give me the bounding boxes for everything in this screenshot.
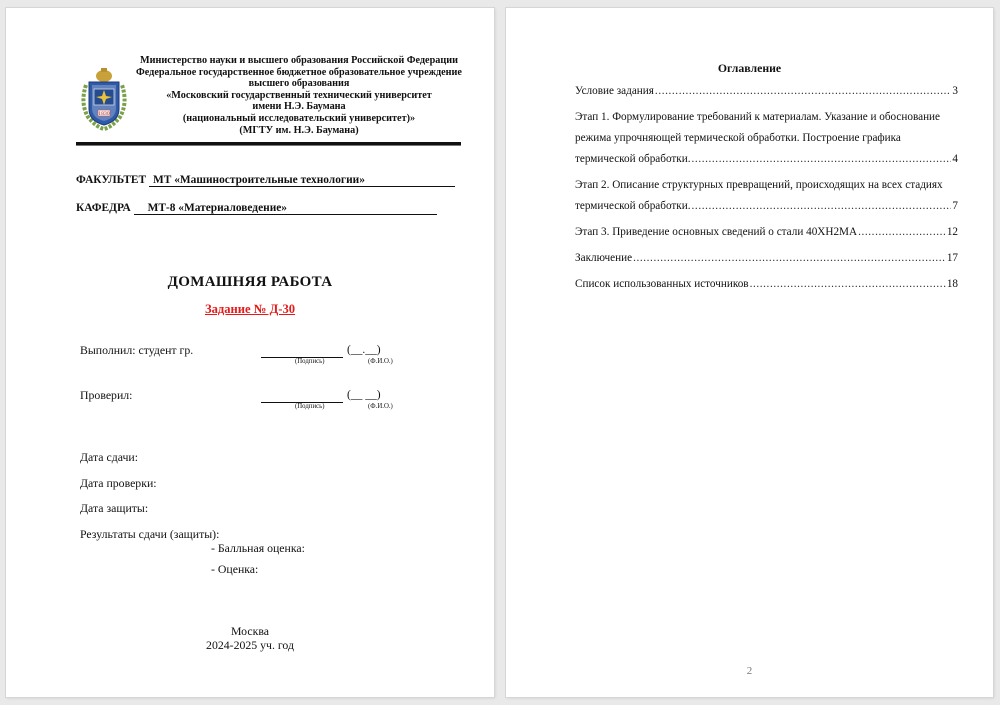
chair-label: КАФЕДРА (76, 202, 131, 214)
chair-line: КАФЕДРА МТ-8 «Материаловедение» (76, 202, 437, 215)
toc-dot-leader (750, 274, 946, 295)
results-label: Результаты сдачи (защиты): (80, 527, 219, 542)
score-grade-label: - Оценка: (211, 562, 258, 577)
header-line: имени Н.Э. Баумана (134, 101, 464, 113)
toc-page-number: 17 (947, 248, 958, 269)
city: Москва (6, 625, 494, 639)
toc-entry-last-line: Этап 3. Приведение основных сведений о с… (575, 222, 958, 243)
header-line: (национальный исследовательский универси… (134, 113, 464, 125)
header-line: высшего образования (134, 78, 464, 90)
toc-entry-text: Этап 1. Формулирование требований к мате… (575, 107, 958, 128)
name-placeholder: (__ __) (347, 389, 381, 401)
faculty-label: ФАКУЛЬТЕТ (76, 174, 146, 186)
toc-entry-text: Условие задания (575, 81, 654, 102)
toc-entry[interactable]: Этап 2. Описание структурных превращений… (575, 175, 958, 217)
signature-role: Выполнил: студент гр. (80, 343, 193, 358)
date-defended-label: Дата защиты: (80, 501, 148, 516)
header-divider (76, 142, 461, 146)
signature-caption: (Подпись) (295, 358, 325, 365)
faculty-line: ФАКУЛЬТЕТ МТ «Машиностроительные техноло… (76, 174, 455, 187)
toc-page-number: 7 (952, 196, 958, 217)
signature-role: Проверил: (80, 388, 132, 403)
toc-entry-last-line: термической обработки.7 (575, 196, 958, 217)
toc-page-number: 18 (947, 274, 958, 295)
score-points-label: - Балльная оценка: (211, 541, 305, 556)
toc-entry[interactable]: Этап 1. Формулирование требований к мате… (575, 107, 958, 170)
toc-entry-text: режима упрочняющей термической обработки… (575, 128, 958, 149)
toc-title: Оглавление (506, 61, 993, 76)
toc-entry-last-line: Заключение17 (575, 248, 958, 269)
university-header: Министерство науки и высшего образования… (134, 55, 464, 136)
toc-page-number: 3 (952, 81, 958, 102)
toc-entry[interactable]: Условие задания3 (575, 81, 958, 102)
toc-entry-text: термической обработки. (575, 149, 691, 170)
task-number: Задание № Д-30 (6, 302, 494, 317)
toc-page-number: 12 (947, 222, 958, 243)
document-page-2: Оглавление Условие задания3Этап 1. Форму… (506, 8, 993, 697)
header-line: Министерство науки и высшего образования… (134, 55, 464, 67)
toc-entry-last-line: термической обработки.4 (575, 149, 958, 170)
bmstu-coat-of-arms-icon: 1830 (78, 65, 130, 131)
toc-dot-leader (692, 149, 952, 170)
header-line: (МГТУ им. Н.Э. Баумана) (134, 125, 464, 137)
date-submitted-label: Дата сдачи: (80, 450, 138, 465)
page-number: 2 (506, 665, 993, 677)
name-caption: (Ф.И.О.) (368, 403, 393, 410)
name-placeholder: (__.__) (347, 344, 381, 356)
toc-entry-text: Этап 3. Приведение основных сведений о с… (575, 222, 857, 243)
toc-entry-last-line: Список использованных источников18 (575, 274, 958, 295)
chair-value: МТ-8 «Материаловедение» (134, 202, 437, 215)
toc-entry-text: Заключение (575, 248, 632, 269)
toc-dot-leader (858, 222, 946, 243)
toc-entry[interactable]: Этап 3. Приведение основных сведений о с… (575, 222, 958, 243)
toc-page-number: 4 (952, 149, 958, 170)
toc-entry[interactable]: Список использованных источников18 (575, 274, 958, 295)
header-line: «Московский государственный технический … (134, 90, 464, 102)
svg-text:1830: 1830 (98, 111, 110, 117)
header-line: Федеральное государственное бюджетное об… (134, 67, 464, 79)
academic-year: 2024-2025 уч. год (6, 639, 494, 653)
city-year-block: Москва 2024-2025 уч. год (6, 625, 494, 652)
toc-dot-leader (655, 81, 951, 102)
toc-dot-leader (633, 248, 946, 269)
toc-entry-text: Список использованных источников (575, 274, 749, 295)
name-caption: (Ф.И.О.) (368, 358, 393, 365)
toc-entry[interactable]: Заключение17 (575, 248, 958, 269)
toc-entry-last-line: Условие задания3 (575, 81, 958, 102)
document-title: ДОМАШНЯЯ РАБОТА (6, 274, 494, 291)
toc-dot-leader (692, 196, 952, 217)
table-of-contents: Условие задания3Этап 1. Формулирование т… (575, 81, 958, 300)
toc-entry-text: термической обработки. (575, 196, 691, 217)
faculty-value: МТ «Машиностроительные технологии» (149, 174, 455, 187)
document-page-1: 1830 Министерство науки и высшего образо… (6, 8, 494, 697)
date-checked-label: Дата проверки: (80, 476, 157, 491)
signature-caption: (Подпись) (295, 403, 325, 410)
toc-entry-text: Этап 2. Описание структурных превращений… (575, 175, 958, 196)
